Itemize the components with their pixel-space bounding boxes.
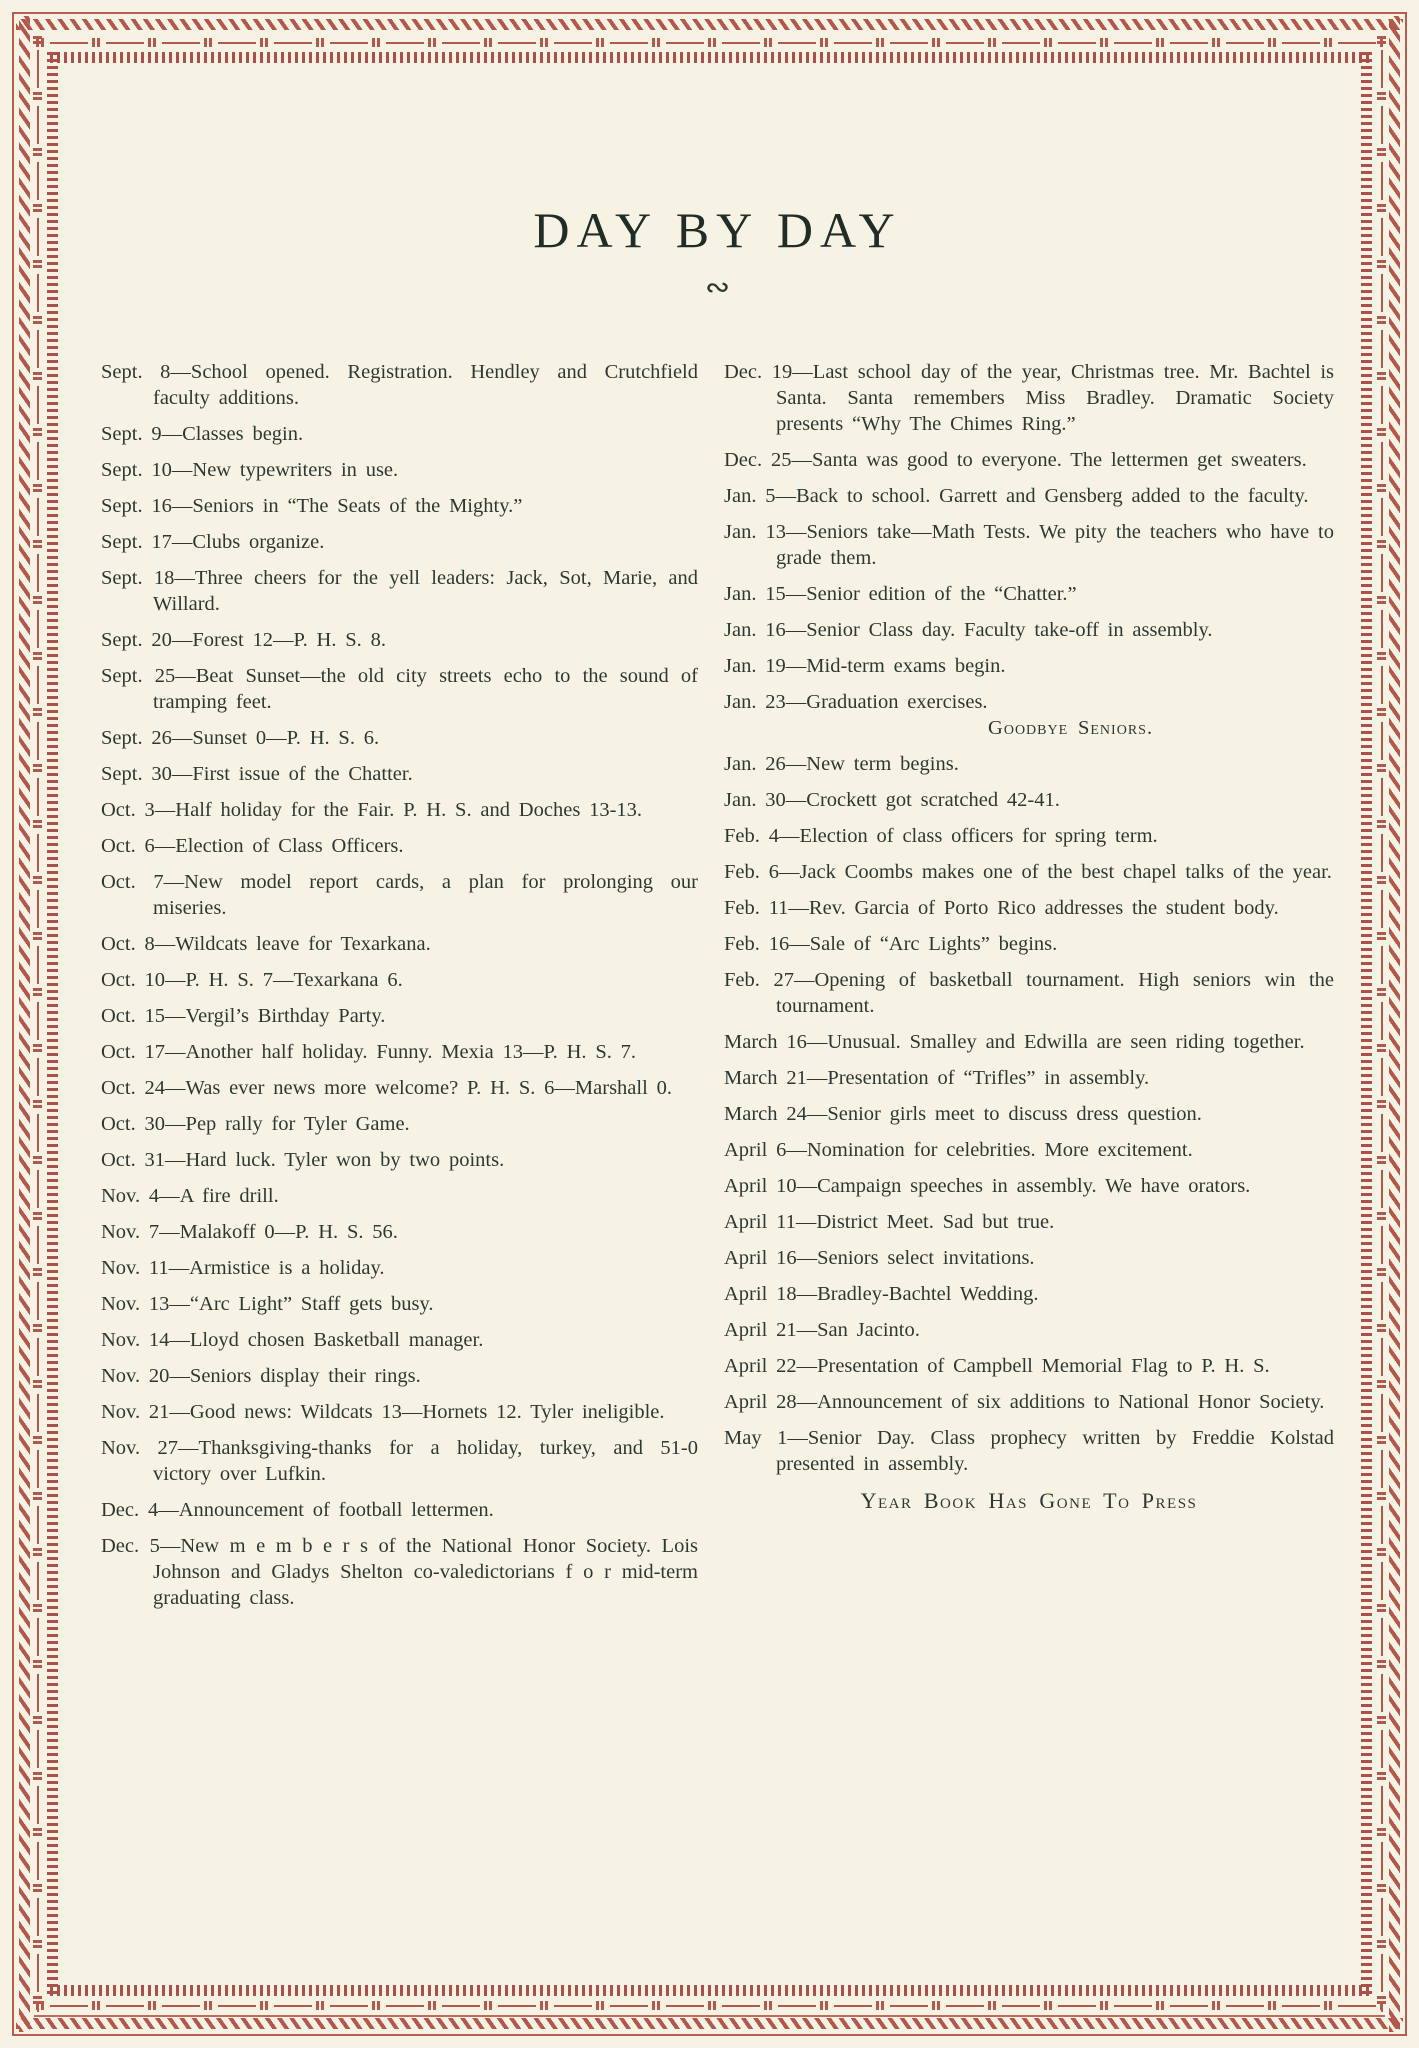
diary-entry: April 18—Bradley-Bachtel Wedding. <box>724 1281 1334 1307</box>
entry-text: Oct. 10—P. H. S. 7—Texarkana 6. <box>101 969 403 991</box>
entry-text: April 18—Bradley-Bachtel Wedding. <box>724 1283 1039 1305</box>
yearbook-page: DAY BY DAY ∾ Sept. 8—School opened. Regi… <box>0 0 1419 2048</box>
diary-entry: Feb. 4—Election of class officers for sp… <box>724 823 1334 849</box>
diary-entry: Dec. 5—New m e m b e r s of the National… <box>101 1533 698 1611</box>
entry-text: Oct. 15—Vergil’s Birthday Party. <box>101 1005 385 1027</box>
entry-text: April 16—Seniors select invitations. <box>724 1247 1035 1269</box>
entry-text: Jan. 16—Senior Class day. Faculty take-o… <box>724 619 1213 641</box>
ornament-glyph: ∾ <box>101 273 1334 303</box>
entry-text: Sept. 16—Seniors in “The Seats of the Mi… <box>101 495 522 517</box>
left-column-entries: Sept. 8—School opened. Registration. Hen… <box>101 359 698 1611</box>
entry-text: April 21—San Jacinto. <box>724 1319 920 1341</box>
diary-entry: April 11—District Meet. Sad but true. <box>724 1209 1334 1235</box>
diary-entry: April 10—Campaign speeches in assembly. … <box>724 1173 1334 1199</box>
entry-text: Sept. 17—Clubs organize. <box>101 531 324 553</box>
diary-entry: Jan. 15—Senior edition of the “Chatter.” <box>724 581 1334 607</box>
entry-text: March 16—Unusual. Smalley and Edwilla ar… <box>724 1031 1305 1053</box>
entry-text: Feb. 4—Election of class officers for sp… <box>724 825 1158 847</box>
entry-text: Feb. 27—Opening of basketball tournament… <box>724 969 1334 1017</box>
diary-entry: Oct. 31—Hard luck. Tyler won by two poin… <box>101 1147 698 1173</box>
diary-entry: Jan. 5—Back to school. Garrett and Gensb… <box>724 483 1334 509</box>
entry-text: Sept. 25—Beat Sunset—the old city street… <box>101 665 698 713</box>
entry-text: Oct. 7—New model report cards, a plan fo… <box>101 871 698 919</box>
diary-entry: Sept. 17—Clubs organize. <box>101 529 698 555</box>
diary-entry: Sept. 25—Beat Sunset—the old city street… <box>101 663 698 715</box>
page-title: DAY BY DAY <box>101 201 1334 259</box>
diary-entry: Sept. 16—Seniors in “The Seats of the Mi… <box>101 493 698 519</box>
entry-text: Nov. 27—Thanksgiving-thanks for a holida… <box>101 1437 698 1485</box>
entry-text: Dec. 19—Last school day of the year, Chr… <box>724 361 1334 435</box>
entry-text: Jan. 15—Senior edition of the “Chatter.” <box>724 583 1077 605</box>
entry-text: Oct. 8—Wildcats leave for Texarkana. <box>101 933 431 955</box>
diary-entry: Jan. 26—New term begins. <box>724 751 1334 777</box>
diary-entry: Dec. 19—Last school day of the year, Chr… <box>724 359 1334 437</box>
diary-entry: April 22—Presentation of Campbell Memori… <box>724 1353 1334 1379</box>
entry-text: Jan. 19—Mid-term exams begin. <box>724 655 1006 677</box>
entry-text: Nov. 21—Good news: Wildcats 13—Hornets 1… <box>101 1401 665 1423</box>
diary-entry: Sept. 30—First issue of the Chatter. <box>101 761 698 787</box>
diary-entry: Sept. 26—Sunset 0—P. H. S. 6. <box>101 725 698 751</box>
diary-entry: Jan. 13—Seniors take—Math Tests. We pity… <box>724 519 1334 571</box>
border-dashgroup-top <box>36 38 1383 47</box>
entry-text: Feb. 16—Sale of “Arc Lights” begins. <box>724 933 1057 955</box>
diary-entry: March 24—Senior girls meet to discuss dr… <box>724 1101 1334 1127</box>
diary-entry: Jan. 16—Senior Class day. Faculty take-o… <box>724 617 1334 643</box>
entry-text: Sept. 20—Forest 12—P. H. S. 8. <box>101 629 386 651</box>
entry-text: Oct. 6—Election of Class Officers. <box>101 835 403 857</box>
diary-entry: Oct. 3—Half holiday for the Fair. P. H. … <box>101 797 698 823</box>
diary-entry: May 1—Senior Day. Class prophecy written… <box>724 1425 1334 1477</box>
diary-entry: Oct. 10—P. H. S. 7—Texarkana 6. <box>101 967 698 993</box>
left-column: Sept. 8—School opened. Registration. Hen… <box>101 359 698 1621</box>
entry-text: Oct. 31—Hard luck. Tyler won by two poin… <box>101 1149 504 1171</box>
diary-entry: Sept. 18—Three cheers for the yell leade… <box>101 565 698 617</box>
entry-text: April 22—Presentation of Campbell Memori… <box>724 1355 1270 1377</box>
diary-entry: Feb. 6—Jack Coombs makes one of the best… <box>724 859 1334 885</box>
diary-entry: Sept. 20—Forest 12—P. H. S. 8. <box>101 627 698 653</box>
right-column-entries: Dec. 19—Last school day of the year, Chr… <box>724 359 1334 1477</box>
border-ticks-bottom <box>50 1985 1369 1996</box>
entry-text: Nov. 13—“Arc Light” Staff gets busy. <box>101 1293 434 1315</box>
diary-entry: April 6—Nomination for celebrities. More… <box>724 1137 1334 1163</box>
diary-entry: Sept. 10—New typewriters in use. <box>101 457 698 483</box>
entry-text: April 11—District Meet. Sad but true. <box>724 1211 1054 1233</box>
border-diagonal-right <box>1389 16 1400 2032</box>
diary-entry: Oct. 15—Vergil’s Birthday Party. <box>101 1003 698 1029</box>
border-diagonal-bottom <box>16 2018 1403 2029</box>
entry-text: Oct. 17—Another half holiday. Funny. Mex… <box>101 1041 636 1063</box>
entry-text: April 10—Campaign speeches in assembly. … <box>724 1175 1250 1197</box>
diary-entry: Feb. 27—Opening of basketball tournament… <box>724 967 1334 1019</box>
diary-entry: Jan. 30—Crockett got scratched 42-41. <box>724 787 1334 813</box>
entry-text: Jan. 5—Back to school. Garrett and Gensb… <box>724 485 1309 507</box>
entry-text: Jan. 23—Graduation exercises. <box>724 691 988 713</box>
entry-text: March 21—Presentation of “Trifles” in as… <box>724 1067 1149 1089</box>
entry-subline: Goodbye Seniors. <box>988 715 1334 741</box>
border-diagonal-left <box>19 16 30 2032</box>
right-column: Dec. 19—Last school day of the year, Chr… <box>724 359 1334 1621</box>
diary-entry: Feb. 11—Rev. Garcia of Porto Rico addres… <box>724 895 1334 921</box>
entry-text: Nov. 11—Armistice is a holiday. <box>101 1257 385 1279</box>
border-dashgroup-right <box>1377 36 1386 2012</box>
diary-entry: Sept. 8—School opened. Registration. Hen… <box>101 359 698 411</box>
entry-text: Sept. 10—New typewriters in use. <box>101 459 398 481</box>
page-content: DAY BY DAY ∾ Sept. 8—School opened. Regi… <box>65 65 1354 1983</box>
entry-text: Nov. 7—Malakoff 0—P. H. S. 56. <box>101 1221 398 1243</box>
entry-text: May 1—Senior Day. Class prophecy written… <box>724 1427 1334 1475</box>
diary-entry: Sept. 9—Classes begin. <box>101 421 698 447</box>
diary-entry: March 21—Presentation of “Trifles” in as… <box>724 1065 1334 1091</box>
diary-entry: Oct. 6—Election of Class Officers. <box>101 833 698 859</box>
press-line: Year Book Has Gone To Press <box>724 1487 1334 1514</box>
diary-entry: Dec. 4—Announcement of football letterme… <box>101 1497 698 1523</box>
entry-text: Feb. 6—Jack Coombs makes one of the best… <box>724 861 1332 883</box>
entry-text: Sept. 30—First issue of the Chatter. <box>101 763 413 785</box>
entry-text: April 28—Announcement of six additions t… <box>724 1391 1324 1413</box>
diary-entry: Nov. 20—Seniors display their rings. <box>101 1363 698 1389</box>
border-ticks-top <box>50 52 1369 63</box>
diary-entry: Nov. 11—Armistice is a holiday. <box>101 1255 698 1281</box>
diary-entry: April 28—Announcement of six additions t… <box>724 1389 1334 1415</box>
entry-text: Sept. 8—School opened. Registration. Hen… <box>101 361 698 409</box>
entry-text: Jan. 13—Seniors take—Math Tests. We pity… <box>724 521 1334 569</box>
border-rule-bottom <box>34 2015 1385 2017</box>
entry-text: March 24—Senior girls meet to discuss dr… <box>724 1103 1202 1125</box>
diary-entry: Oct. 30—Pep rally for Tyler Game. <box>101 1111 698 1137</box>
entry-text: Nov. 4—A fire drill. <box>101 1185 279 1207</box>
entry-text: Nov. 14—Lloyd chosen Basketball manager. <box>101 1329 483 1351</box>
entry-text: Oct. 24—Was ever news more welcome? P. H… <box>101 1077 672 1099</box>
entry-text: Dec. 25—Santa was good to everyone. The … <box>724 449 1307 471</box>
entry-text: Dec. 5—New m e m b e r s of the National… <box>101 1535 698 1609</box>
entry-text: Jan. 26—New term begins. <box>724 753 959 775</box>
entry-text: Dec. 4—Announcement of football letterme… <box>101 1499 494 1521</box>
diary-entry: Nov. 4—A fire drill. <box>101 1183 698 1209</box>
diary-entry: Oct. 8—Wildcats leave for Texarkana. <box>101 931 698 957</box>
diary-entry: Oct. 7—New model report cards, a plan fo… <box>101 869 698 921</box>
entry-text: Feb. 11—Rev. Garcia of Porto Rico addres… <box>724 897 1279 919</box>
diary-entry: Feb. 16—Sale of “Arc Lights” begins. <box>724 931 1334 957</box>
diary-entry: April 21—San Jacinto. <box>724 1317 1334 1343</box>
entry-text: Jan. 30—Crockett got scratched 42-41. <box>724 789 1060 811</box>
diary-entry: March 16—Unusual. Smalley and Edwilla ar… <box>724 1029 1334 1055</box>
diary-entry: Nov. 13—“Arc Light” Staff gets busy. <box>101 1291 698 1317</box>
diary-entry: Nov. 7—Malakoff 0—P. H. S. 56. <box>101 1219 698 1245</box>
border-ticks-right <box>1361 52 1372 1996</box>
diary-entry: Nov. 21—Good news: Wildcats 13—Hornets 1… <box>101 1399 698 1425</box>
border-dashgroup-bottom <box>36 2001 1383 2010</box>
diary-entry: April 16—Seniors select invitations. <box>724 1245 1334 1271</box>
entry-text: Oct. 30—Pep rally for Tyler Game. <box>101 1113 410 1135</box>
border-ticks-left <box>47 52 58 1996</box>
diary-entry: Oct. 17—Another half holiday. Funny. Mex… <box>101 1039 698 1065</box>
entry-text: April 6—Nomination for celebrities. More… <box>724 1139 1193 1161</box>
diary-entry: Dec. 25—Santa was good to everyone. The … <box>724 447 1334 473</box>
entry-text: Sept. 18—Three cheers for the yell leade… <box>101 567 698 615</box>
entry-text: Sept. 9—Classes begin. <box>101 423 303 445</box>
diary-entry: Jan. 23—Graduation exercises.Goodbye Sen… <box>724 689 1334 741</box>
border-dashgroup-left <box>33 36 42 2012</box>
entry-text: Nov. 20—Seniors display their rings. <box>101 1365 421 1387</box>
entry-text: Sept. 26—Sunset 0—P. H. S. 6. <box>101 727 379 749</box>
diary-entry: Oct. 24—Was ever news more welcome? P. H… <box>101 1075 698 1101</box>
diary-entry: Jan. 19—Mid-term exams begin. <box>724 653 1334 679</box>
entry-text: Oct. 3—Half holiday for the Fair. P. H. … <box>101 799 642 821</box>
diary-entry: Nov. 14—Lloyd chosen Basketball manager. <box>101 1327 698 1353</box>
diary-columns: Sept. 8—School opened. Registration. Hen… <box>101 359 1334 1621</box>
diary-entry: Nov. 27—Thanksgiving-thanks for a holida… <box>101 1435 698 1487</box>
border-diagonal-top <box>16 19 1403 30</box>
